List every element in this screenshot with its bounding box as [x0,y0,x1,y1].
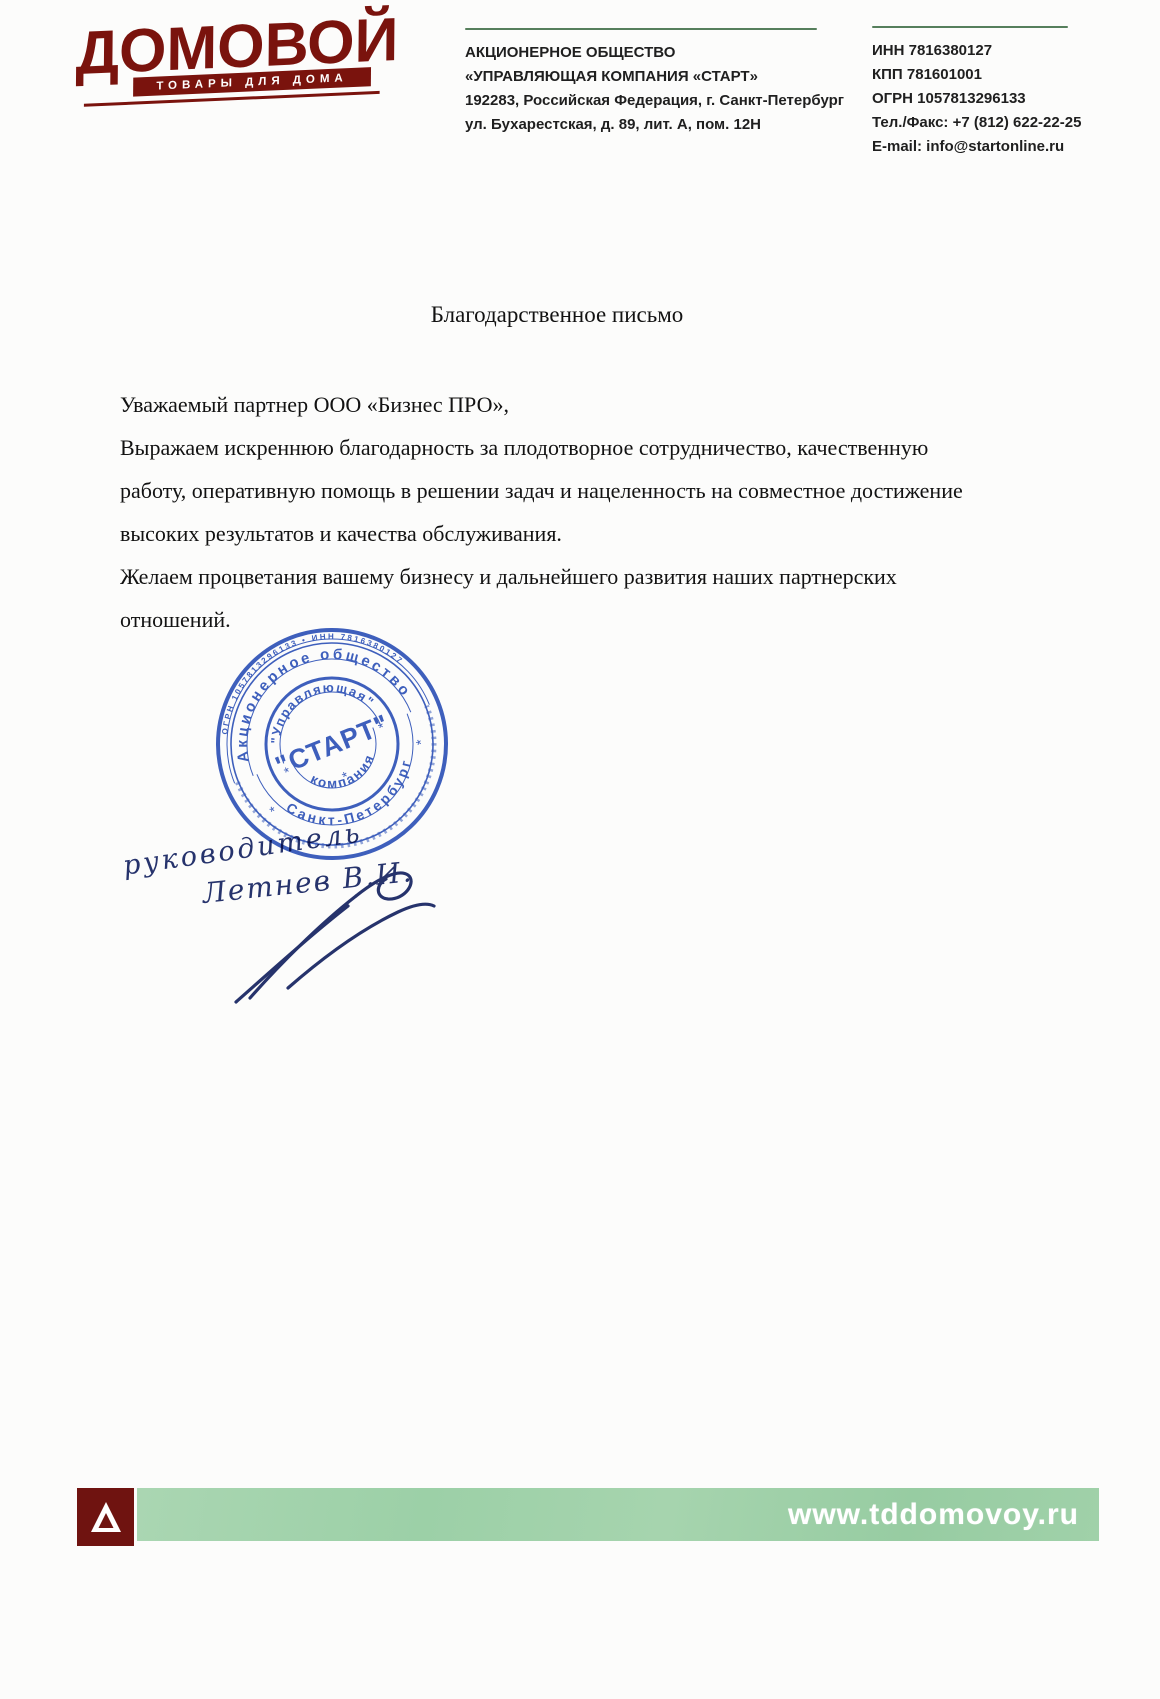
logo-underline [84,91,380,107]
requisite-line: ИНН 7816380127 [872,39,1081,63]
body-line: работу, оперативную помощь в решении зад… [120,469,1020,512]
requisite-line: ОГРН 1057813296133 [872,87,1081,111]
letter-title: Благодарственное письмо [0,302,1137,328]
requisites-block: ИНН 7816380127 КПП 781601001 ОГРН 105781… [872,26,1081,159]
logo-tagline: ТОВАРЫ ДЛЯ ДОМА [156,72,348,92]
body-line: высоких результатов и качества обслужива… [120,512,1020,555]
body-line: Выражаем искреннюю благодарность за плод… [120,426,1020,469]
body-line: Уважаемый партнер ООО «Бизнес ПРО», [120,383,1020,426]
stamp-asterisk: * [267,802,279,819]
requisite-line: Тел./Факс: +7 (812) 622-22-25 [872,111,1081,135]
stamp-asterisk: * [414,736,426,753]
company-line: 192283, Российская Федерация, г. Санкт-П… [465,89,844,113]
requisite-line: E-mail: info@startonline.ru [872,135,1081,159]
footer-bar: www.tddomovoy.ru [137,1488,1099,1541]
company-line: «УПРАВЛЯЮЩАЯ КОМПАНИЯ «СТАРТ» [465,65,844,89]
body-line: Желаем процветания вашему бизнесу и даль… [120,555,1020,598]
signature-block: руководитель Летнев В.И. [0,0,1160,1699]
signature-flourish [228,860,458,1005]
company-rule [465,28,817,30]
company-line: ул. Бухарестская, д. 89, лит. А, пом. 12… [465,113,844,137]
domovoy-mark-icon [86,1497,126,1537]
requisite-line: КПП 781601001 [872,63,1081,87]
domovoy-logo: ДОМОВОЙ ТОВАРЫ ДЛЯ ДОМА [74,9,400,107]
footer-logo-square [77,1488,134,1546]
company-line: АКЦИОНЕРНОЕ ОБЩЕСТВО [465,41,844,65]
company-info-block: АКЦИОНЕРНОЕ ОБЩЕСТВО «УПРАВЛЯЮЩАЯ КОМПАН… [465,28,844,137]
footer-url: www.tddomovoy.ru [788,1488,1079,1541]
letter-body: Уважаемый партнер ООО «Бизнес ПРО», Выра… [120,383,1020,641]
company-stamp: ОГРН 1057813296133 • ИНН 7816380127 Акци… [212,624,452,864]
stamp-center-text: "СТАРТ" [271,709,393,782]
stamp-svg: ОГРН 1057813296133 • ИНН 7816380127 Акци… [212,624,452,864]
scanned-letter-page: ДОМОВОЙ ТОВАРЫ ДЛЯ ДОМА АКЦИОНЕРНОЕ ОБЩЕ… [0,0,1160,1699]
requisites-rule [872,26,1068,28]
